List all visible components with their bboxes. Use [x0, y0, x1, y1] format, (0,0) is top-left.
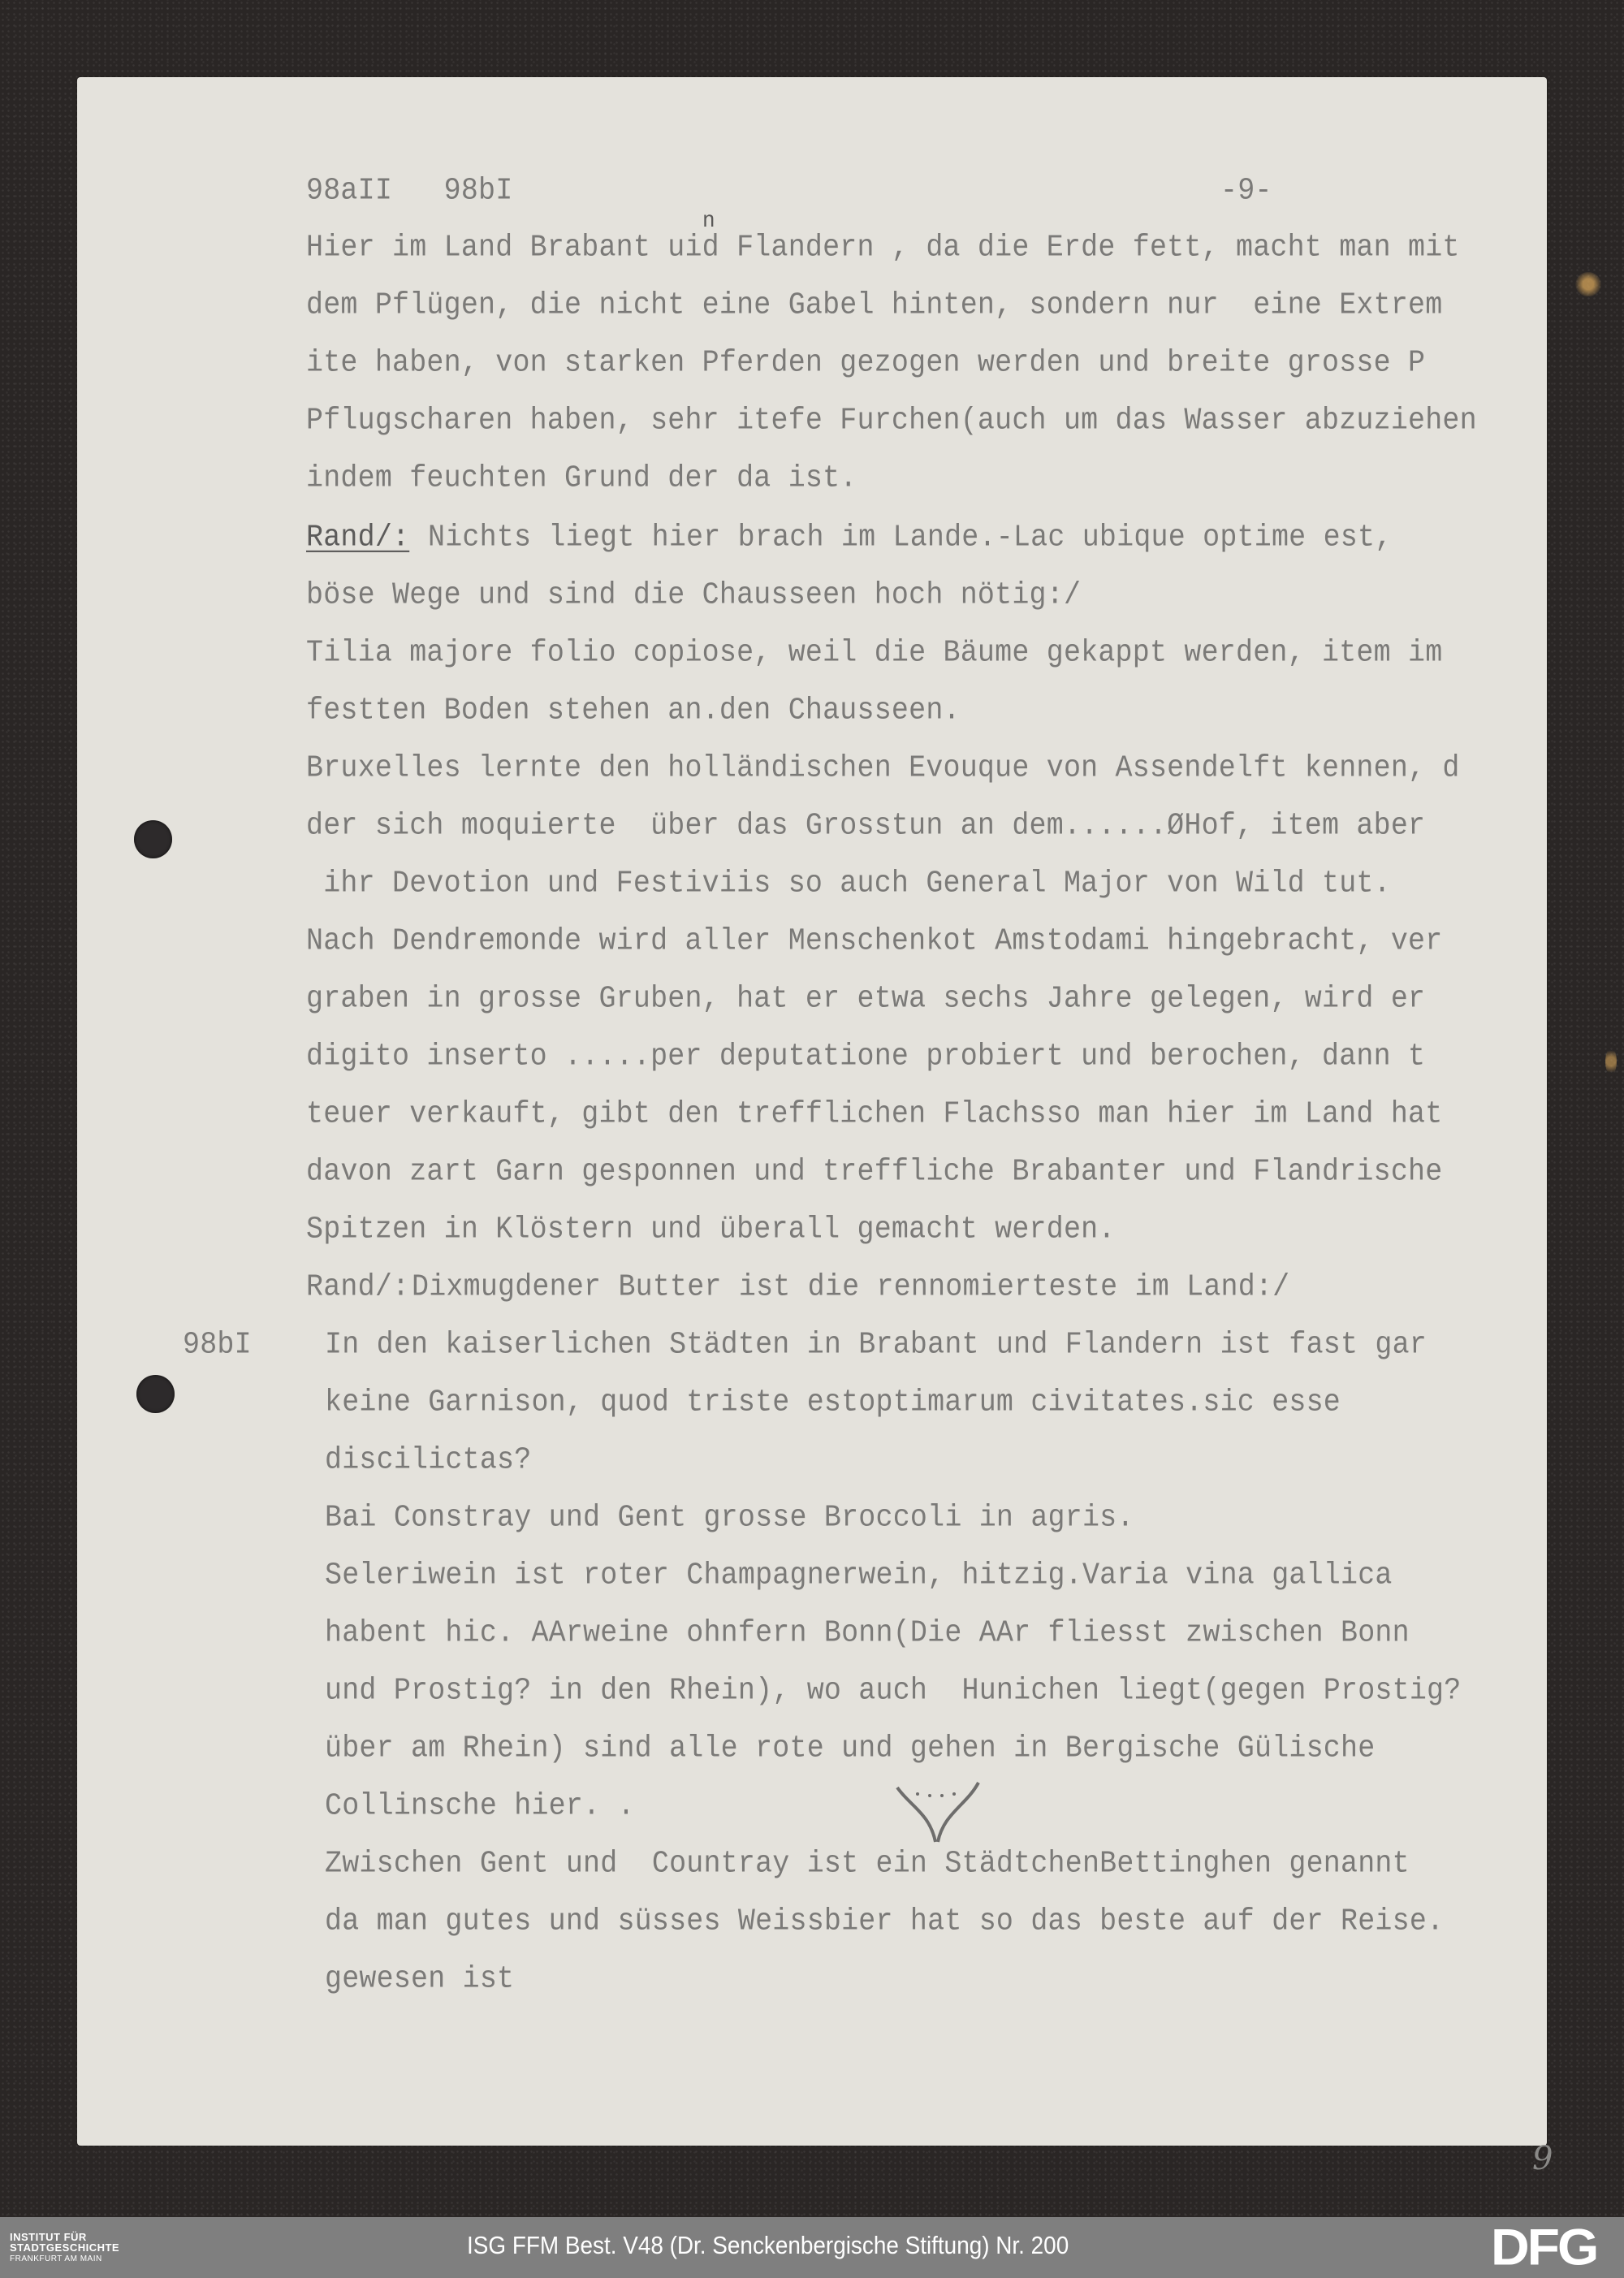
- text-line-9: festten Boden stehen an.den Chausseen.: [306, 693, 961, 728]
- rand-label: Rand/:: [306, 520, 409, 555]
- text-line-4: Pflugscharen haben, sehr itefe Furchen(a…: [306, 403, 1477, 438]
- text-line-2: dem Pflügen, die nicht eine Gabel hinten…: [306, 287, 1442, 322]
- archive-caption: ISG FFM Best. V48 (Dr. Senckenbergische …: [467, 2231, 1069, 2260]
- text-line-14: graben in grosse Gruben, hat er etwa sec…: [306, 981, 1425, 1016]
- margin-ref: 98bI: [183, 1327, 252, 1362]
- archive-refs: 98aII 98bI: [306, 173, 512, 208]
- text-line-16: teuer verkauft, gibt den trefflichen Fla…: [306, 1096, 1442, 1131]
- text-line-17: davon zart Garn gesponnen und treffliche…: [306, 1154, 1442, 1189]
- text-line-18: Spitzen in Klöstern und überall gemacht …: [306, 1212, 1116, 1247]
- text-line-1: Hier im Land Brabant uid Flandern , da d…: [306, 230, 1460, 265]
- text-line-21: keine Garnison, quod triste estoptimarum…: [325, 1385, 1341, 1420]
- handwritten-page-number: 9: [1532, 2140, 1553, 2177]
- punch-hole-lower: [136, 1375, 175, 1413]
- text-line-13: Nach Dendremonde wird aller Menschenkot …: [306, 923, 1442, 958]
- text-line-31: gewesen ist: [325, 1961, 514, 1996]
- text-line-27: über am Rhein) sind alle rote und gehen …: [325, 1731, 1375, 1766]
- institute-city: FRANKFURT AM MAIN: [10, 2254, 119, 2264]
- text-line-23: Bai Constray und Gent grosse Broccoli in…: [325, 1500, 1134, 1535]
- rand-label-2: Rand/:: [306, 1269, 409, 1304]
- text-line-29: Zwischen Gent und Countray ist ein Städt…: [325, 1846, 1410, 1881]
- text-line-12: ihr Devotion und Festiviis so auch Gener…: [306, 866, 1391, 901]
- page-marker: -9-: [1220, 173, 1272, 208]
- punch-hole-upper: [134, 820, 172, 858]
- text-line-8: Tilia majore folio copiose, weil die Bäu…: [306, 635, 1442, 670]
- paper-stain: [1575, 272, 1601, 296]
- text-line-3: ite haben, von starken Pferden gezogen w…: [306, 345, 1425, 380]
- text-line-5: indem feuchten Grund der da ist.: [306, 460, 857, 495]
- text-line-19: Dixmugdener Butter ist die rennomiertest…: [412, 1269, 1289, 1304]
- text-line-24: Seleriwein ist roter Champagnerwein, hit…: [325, 1558, 1393, 1593]
- institute-logo: INSTITUT FÜR STADTGESCHICHTE FRANKFURT A…: [10, 2232, 119, 2264]
- text-line-26: und Prostig? in den Rhein), wo auch Huni…: [325, 1673, 1461, 1708]
- footer-bar: INSTITUT FÜR STADTGESCHICHTE FRANKFURT A…: [0, 2217, 1624, 2278]
- text-line-25: habent hic. AArweine ohnfern Bonn(Die AA…: [325, 1615, 1410, 1650]
- document-page: 98aII 98bI -9- n Hier im Land Brabant ui…: [77, 77, 1547, 2146]
- dfg-logo: DFG: [1491, 2225, 1596, 2268]
- text-line-11: der sich moquierte über das Grosstun an …: [306, 808, 1425, 843]
- text-line-6: Nichts liegt hier brach im Lande.-Lac ub…: [428, 520, 1392, 555]
- text-line-15: digito inserto .....per deputatione prob…: [306, 1039, 1425, 1074]
- text-line-28: Collinsche hier. .: [325, 1788, 635, 1823]
- text-line-22: discilictas?: [325, 1442, 531, 1477]
- text-line-30: da man gutes und süsses Weissbier hat so…: [325, 1904, 1444, 1939]
- text-line-10: Bruxelles lernte den holländischen Evouq…: [306, 750, 1460, 785]
- paper-stain: [1605, 1048, 1617, 1075]
- institute-name-line2: STADTGESCHICHTE: [10, 2242, 119, 2253]
- text-line-20: In den kaiserlichen Städten in Brabant u…: [325, 1327, 1427, 1362]
- insertion-mark-icon: [893, 1781, 983, 1846]
- text-line-7: böse Wege und sind die Chausseen hoch nö…: [306, 577, 1081, 612]
